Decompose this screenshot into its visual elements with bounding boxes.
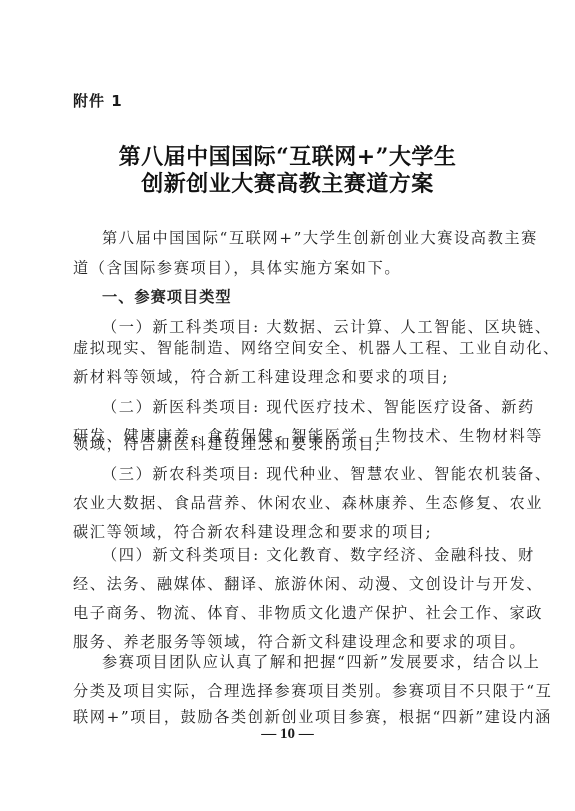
- section-heading: 一、参赛项目类型: [102, 287, 455, 307]
- closing-line: 参赛项目团队应认真了解和把握“四新”发展要求，结合以上: [102, 652, 455, 672]
- category-line: （三）新农科类项目: 现代种业、智慧农业、智能农机装备、: [102, 464, 455, 484]
- category-line: 新材料等领域，符合新工科建设理念和要求的项目;: [73, 367, 455, 387]
- category-line: （一）新工科类项目: 大数据、云计算、人工智能、区块链、: [102, 317, 455, 337]
- closing-line: 联网+”项目，鼓励各类创新创业项目参赛，根据“四新”建设内涵: [73, 707, 455, 727]
- category-line: （四）新文科类项目: 文化教育、数字经济、金融科技、财: [102, 545, 455, 565]
- category-line: 虚拟现实、智能制造、网络空间安全、机器人工程、工业自动化、: [73, 338, 455, 358]
- category-line: 碳汇等领域，符合新农科建设理念和要求的项目;: [73, 522, 455, 542]
- category-line: 经、法务、融媒体、翻译、旅游休闲、动漫、文创设计与开发、: [73, 574, 455, 594]
- category-line: （二）新医科类项目: 现代医疗技术、智能医疗设备、新药: [102, 397, 455, 417]
- intro-line: 道（含国际参赛项目），具体实施方案如下。: [73, 258, 455, 278]
- category-line: 电子商务、物流、体育、非物质文化遗产保护、社会工作、家政: [73, 603, 455, 623]
- document-title-line-2: 创新创业大赛高教主赛道方案: [0, 167, 575, 198]
- document-page: 附件 1 第八届中国国际“互联网+”大学生 创新创业大赛高教主赛道方案 第八届中…: [0, 0, 575, 811]
- category-line: 农业大数据、食品营养、休闲农业、森林康养、生态修复、农业: [73, 493, 455, 513]
- category-line: 服务、养老服务等领域，符合新文科建设理念和要求的项目。: [73, 632, 455, 652]
- intro-line: 第八届中国国际“互联网+”大学生创新创业大赛设高教主赛: [102, 228, 455, 248]
- page-number: — 10 —: [0, 726, 575, 743]
- attachment-label: 附件 1: [73, 90, 123, 111]
- closing-line: 分类及项目实际，合理选择参赛项目类别。参赛项目不只限于“互: [73, 681, 455, 701]
- category-line: 领域，符合新医科建设理念和要求的项目;: [73, 434, 455, 454]
